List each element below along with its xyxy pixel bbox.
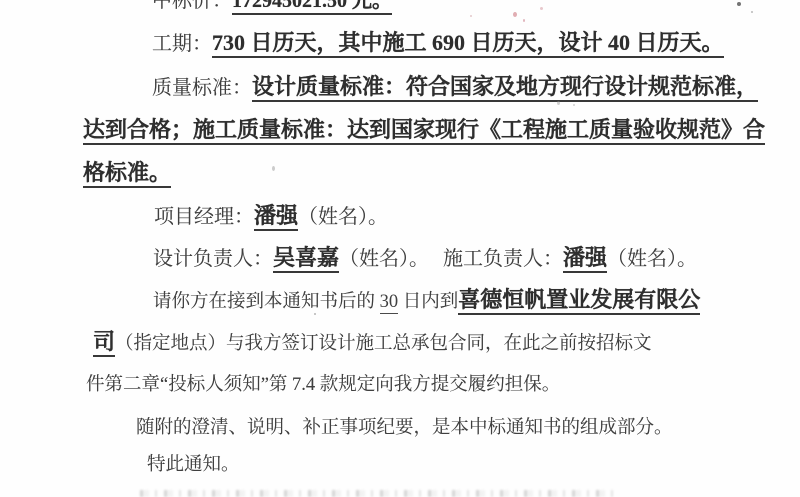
design-lead-suffix: （姓名）。: [339, 248, 429, 270]
quality-value-1: 设计质量标准：符合国家及地方现行设计规范标准，: [252, 74, 758, 102]
signing-text-2: 日内到: [398, 292, 458, 312]
scan-speckle-red: [470, 15, 472, 17]
line-attachments: 随附的澄清、说明、补正事项纪要，是本中标通知书的组成部分。: [136, 415, 673, 441]
signing-text-1: 请你方在接到本通知书后的: [153, 292, 380, 312]
clipped-bottom-text-line: [140, 490, 615, 497]
line-quality-3: 格标准。: [83, 160, 171, 187]
signing-days-value: 30: [380, 292, 399, 314]
design-lead-label: 设计负责人：: [153, 248, 273, 270]
line-signing-3: 件第二章“投标人须知”第 7.4 款规定向我方提交履约担保。: [86, 372, 560, 398]
quality-label: 质量标准：: [152, 77, 252, 99]
company-name-part-1: 喜德恒帆置业发展有限公: [458, 287, 700, 315]
quality-value-3: 格标准。: [83, 160, 171, 188]
scan-speckle-red: [523, 19, 525, 22]
line-leads: 设计负责人：吴喜嘉（姓名）。施工负责人：潘强（姓名）。: [153, 245, 697, 272]
signing-text-4: 件第二章“投标人须知”第 7.4 款规定向我方提交履约担保。: [86, 375, 560, 395]
company-name-part-2: 司: [93, 329, 115, 357]
line-duration: 工期：730 日历天，其中施工 690 日历天，设计 40 日历天。: [152, 30, 724, 57]
duration-label: 工期：: [152, 33, 212, 55]
attachments-text: 随附的澄清、说明、补正事项纪要，是本中标通知书的组成部分。: [136, 418, 673, 438]
scan-speck-gray: [314, 313, 316, 315]
bid-price-value: 172945021.50 元。: [232, 0, 392, 15]
construction-lead-label: 施工负责人：: [443, 248, 563, 270]
closing-text: 特此通知。: [147, 455, 240, 475]
scan-speckle-red: [513, 12, 517, 17]
scan-speck-gray: [573, 104, 575, 106]
scan-speck-gray: [751, 11, 753, 13]
design-lead-name: 吴喜嘉: [273, 245, 339, 273]
bid-price-label: 中标价：: [152, 0, 232, 12]
scanned-document-page: 中标价：172945021.50 元。 工期：730 日历天，其中施工 690 …: [0, 0, 800, 497]
line-signing-1: 请你方在接到本通知书后的 30 日内到喜德恒帆置业发展有限公: [153, 287, 700, 315]
scan-speckle-red: [540, 7, 543, 10]
line-quality-1: 质量标准：设计质量标准：符合国家及地方现行设计规范标准，: [152, 74, 758, 101]
scan-speck-dark: [737, 2, 741, 6]
construction-lead-name: 潘强: [563, 245, 607, 273]
project-manager-suffix: （姓名）。: [298, 206, 388, 228]
construction-lead-suffix: （姓名）。: [607, 248, 697, 270]
project-manager-name: 潘强: [254, 203, 298, 231]
line-signing-2: 司（指定地点）与我方签订设计施工总承包合同，在此之前按招标文: [93, 329, 652, 357]
line-project-manager: 项目经理：潘强（姓名）。: [154, 203, 388, 230]
line-closing: 特此通知。: [147, 452, 240, 478]
quality-value-2: 达到合格；施工质量标准：达到国家现行《工程施工质量验收规范》合: [83, 117, 765, 145]
project-manager-label: 项目经理：: [154, 206, 254, 228]
scan-speck-gray: [272, 166, 275, 171]
signing-text-3: （指定地点）与我方签订设计施工总承包合同，在此之前按招标文: [115, 334, 652, 354]
line-bid-price: 中标价：172945021.50 元。: [152, 0, 392, 14]
line-quality-2: 达到合格；施工质量标准：达到国家现行《工程施工质量验收规范》合: [83, 117, 765, 144]
scan-speck-gray: [557, 101, 560, 105]
duration-value: 730 日历天，其中施工 690 日历天，设计 40 日历天。: [212, 30, 724, 58]
